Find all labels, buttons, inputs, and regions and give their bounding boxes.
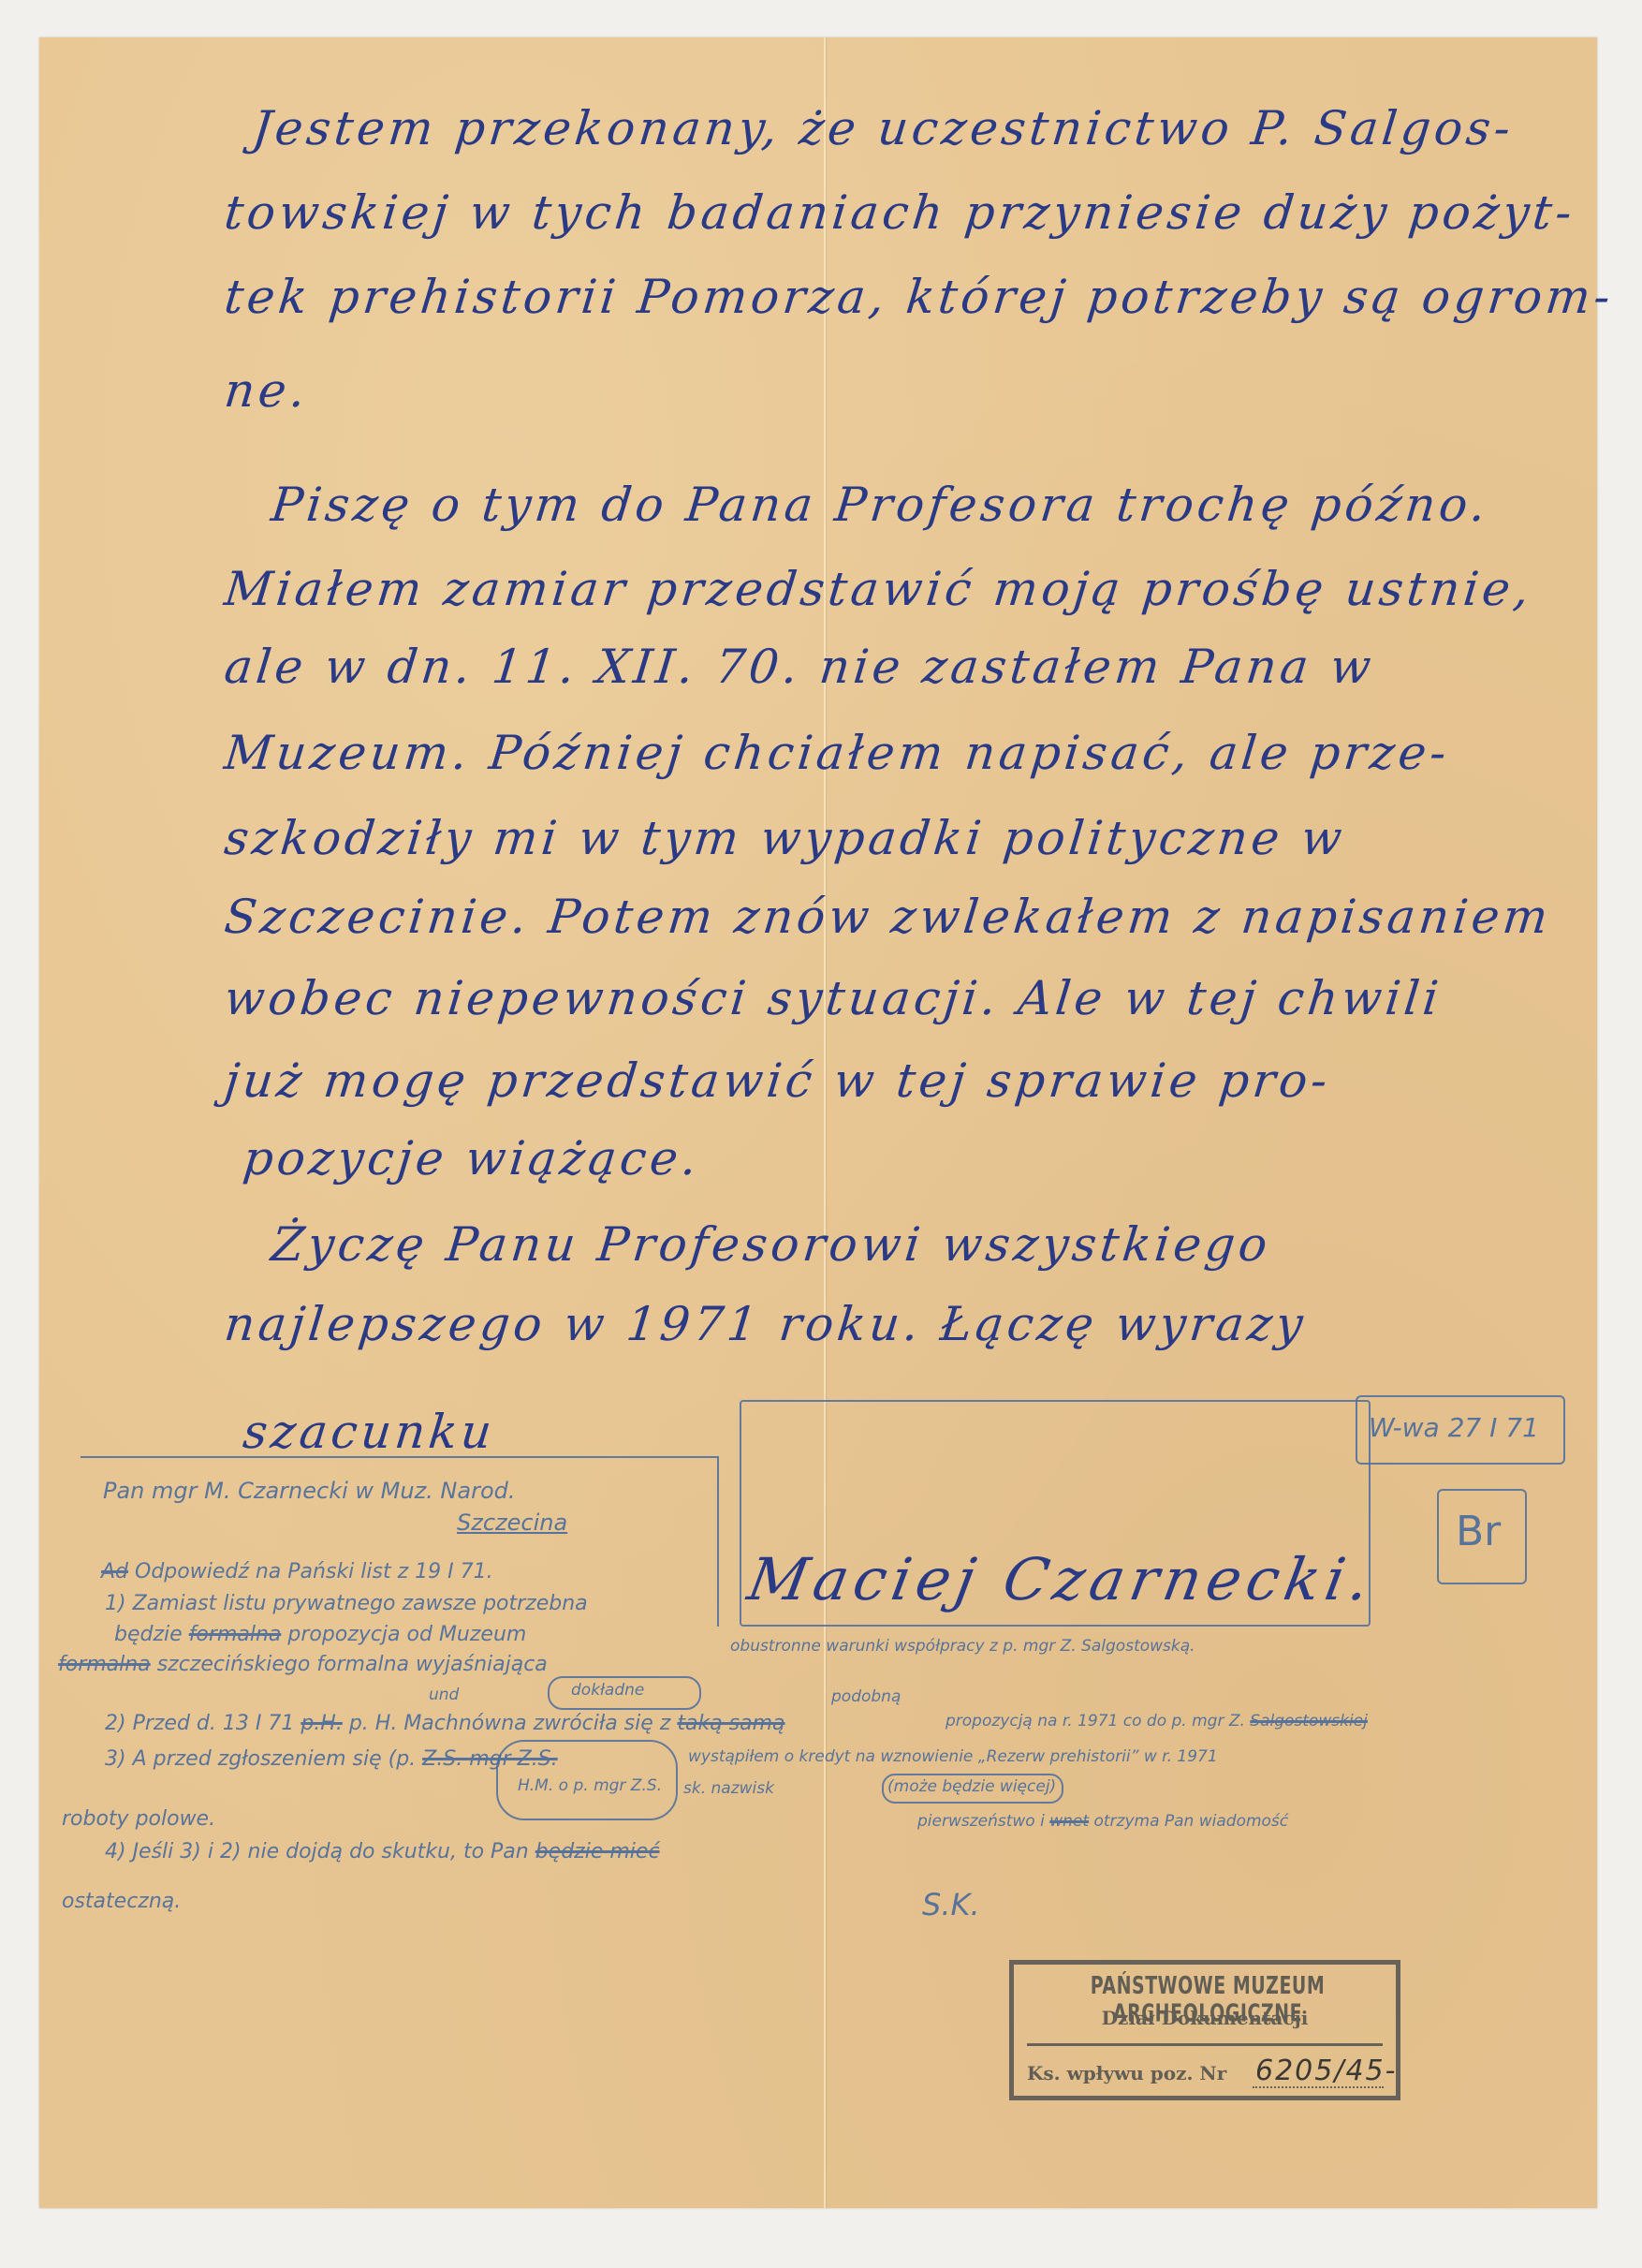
letter-line: już mogę przedstawić w tej sprawie pro-	[222, 1053, 1333, 1108]
letter-line: Miałem zamiar przedstawić moją prośbę us…	[222, 562, 1535, 616]
letter-line: Piszę o tym do Pana Profesora trochę póź…	[269, 478, 1492, 532]
note-line: pierwszeństwo i wnet otrzyma Pan wiadomo…	[917, 1812, 1288, 1831]
letter-closing: szacunku	[241, 1405, 498, 1459]
note-insert: und	[429, 1686, 459, 1704]
struck-text: p.H.	[301, 1712, 343, 1735]
letter-line: najlepszego w 1971 roku. Łączę wyrazy	[222, 1297, 1309, 1351]
note-item-3: 3) A przed zgłoszeniem się (p. Z.S. mgr …	[105, 1747, 558, 1771]
letter-line: wobec niepewności sytuacji. Ale w tej ch…	[222, 971, 1444, 1025]
note-insert: podobną	[831, 1687, 901, 1706]
note-line: sk. nazwisk	[683, 1779, 774, 1798]
stamp-entry-number: 6205/45-	[1255, 2054, 1397, 2087]
letter-line: ne.	[222, 363, 312, 418]
stamp-label: Ks. wpływu poz. Nr	[1027, 2062, 1226, 2084]
struck-text: taką samą	[677, 1712, 784, 1735]
letter-line: ale w dn. 11. XII. 70. nie zastałem Pana…	[222, 640, 1377, 694]
struck-text: formalna	[58, 1653, 151, 1676]
note-line: propozycją na r. 1971 co do p. mgr Z. Sa…	[946, 1712, 1368, 1730]
stamp-divider	[1027, 2043, 1383, 2046]
note-circled: (może będzie więcej)	[887, 1777, 1056, 1796]
note-line: będzie formalna propozycja od Muzeum	[114, 1623, 526, 1646]
note-line: roboty polowe.	[62, 1807, 215, 1831]
letter-line: pozycje wiążące.	[241, 1131, 703, 1186]
letter-line: szkodziły mi w tym wypadki polityczne w	[222, 811, 1348, 865]
note-line: formalna szczecińskiego formalna wyjaśni…	[58, 1653, 548, 1676]
struck-text: wnet	[1049, 1812, 1089, 1831]
note-item-1: 1) Zamiast listu prywatnego zawsze potrz…	[105, 1592, 588, 1615]
letter-line: Szczecinie. Potem znów zwlekałem z napis…	[222, 890, 1554, 944]
note-insert: dokładne	[571, 1681, 644, 1700]
letter-line: tek prehistorii Pomorza, której potrzeby…	[222, 270, 1617, 324]
paper-fold-crease	[824, 37, 826, 2208]
note-line: obustronne warunki współpracy z p. mgr Z…	[730, 1637, 1195, 1656]
note-item-4: 4) Jeśli 3) i 2) nie dojdą do skutku, to…	[105, 1840, 660, 1863]
letter-line: towskiej w tych badaniach przyniesie duż…	[222, 185, 1578, 240]
note-line: ostateczną.	[62, 1890, 181, 1913]
signature: Maciej Czarnecki.	[743, 1545, 1381, 1613]
struck-text: Ad	[101, 1560, 128, 1583]
letter-line: Muzeum. Później chciałem napisać, ale pr…	[222, 726, 1452, 780]
struck-text: Salgostowskiej	[1250, 1712, 1368, 1730]
stamp-department: Dział Dokumentacji	[1014, 2007, 1396, 2029]
note-line: wystąpiłem o kredyt na wznowienie „Rezer…	[688, 1747, 1218, 1766]
note-circled: H.M. o p. mgr Z.S.	[518, 1776, 662, 1795]
received-date: W-wa 27 I 71	[1369, 1412, 1539, 1443]
letter-line: Jestem przekonany, że uczestnictwo P. Sa…	[250, 101, 1517, 155]
struck-text: będzie mieć	[535, 1840, 660, 1863]
initials-br: Br	[1456, 1508, 1501, 1555]
letter-line: Życzę Panu Profesorowi wszystkiego	[269, 1217, 1273, 1272]
struck-text: formalna	[189, 1623, 282, 1646]
note-item-2: 2) Przed d. 13 I 71 p.H. p. H. Machnówna…	[105, 1712, 785, 1735]
address-line: Pan mgr M. Czarnecki w Muz. Narod.	[103, 1478, 516, 1504]
note-line: Ad Odpowiedź na Pański list z 19 I 71.	[101, 1560, 493, 1583]
archive-stamp: PAŃSTWOWE MUZEUM ARCHEOLOGICZNE Dział Do…	[1009, 1960, 1400, 2100]
initials-sk: S.K.	[922, 1887, 980, 1922]
address-city: Szczecina	[457, 1510, 567, 1536]
